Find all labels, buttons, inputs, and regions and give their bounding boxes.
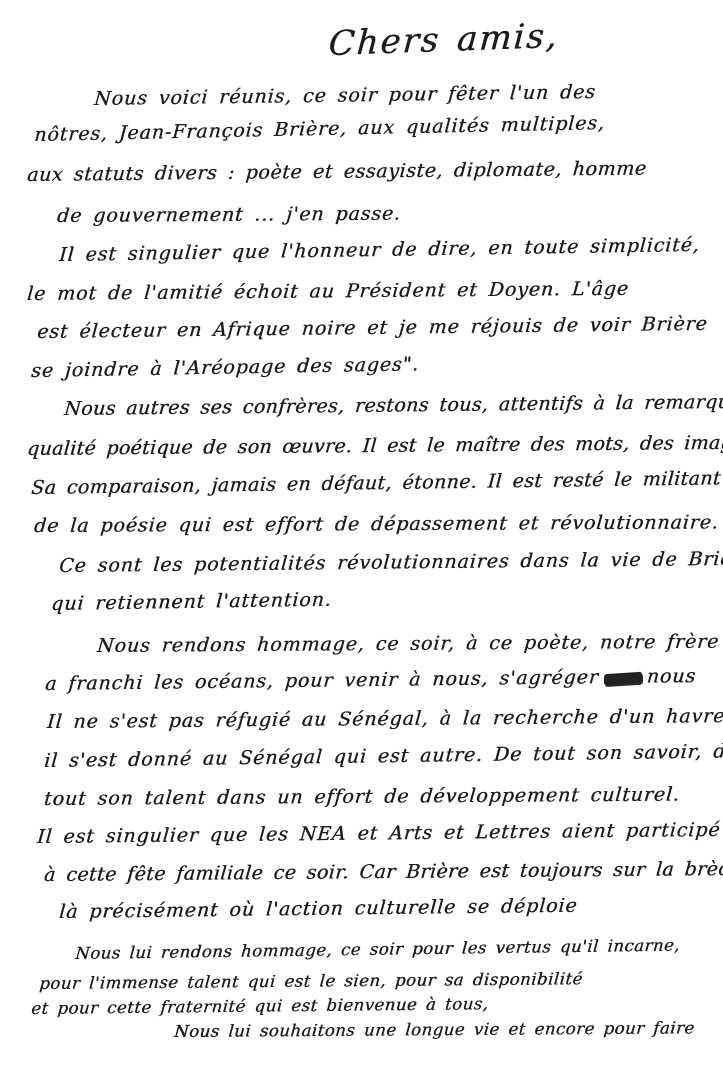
handwritten-line: Il est singulier que l'honneur de dire, … [58, 234, 700, 266]
handwritten-line: tout son talent dans un effort de dévelo… [43, 784, 681, 810]
handwritten-line: se joindre à l'Aréopage des sages". [30, 353, 419, 382]
handwritten-line: le mot de l'amitié échoit au Président e… [26, 278, 630, 305]
handwritten-line: Nous lui rendons hommage, ce soir pour l… [75, 936, 681, 963]
handwritten-line: Ce sont les potentialités révolutionnair… [58, 548, 723, 577]
handwritten-line: Il ne s'est pas réfugié au Sénégal, à la… [46, 705, 723, 733]
handwritten-line: Nous rendons hommage, ce soir, à ce poèt… [96, 630, 723, 657]
handwritten-line: Nous autres ses confrères, restons tous,… [63, 391, 723, 420]
handwritten-line: à cette fête familiale ce soir. Car Briè… [43, 858, 723, 886]
handwritten-line: Il est singulier que les NEA et Arts et … [36, 819, 721, 848]
handwritten-line: qualité poétique de son œuvre. Il est le… [26, 432, 723, 460]
handwritten-line: aux statuts divers : poète et essayiste,… [26, 158, 647, 187]
handwritten-line: Nous voici réunis, ce soir pour fêter l'… [93, 81, 596, 110]
handwritten-line: nôtres, Jean-François Brière, aux qualit… [34, 112, 606, 146]
line-text-tail: nous [646, 665, 697, 688]
handwritten-line: pour l'immense talent qui est le sien, p… [39, 969, 584, 993]
handwritten-line: qui retiennent l'attention. [50, 589, 332, 615]
scribbled-out-word [603, 672, 641, 685]
handwritten-line: est électeur en Afrique noire et je me r… [36, 313, 708, 343]
handwritten-line: Sa comparaison, jamais en défaut, étonne… [30, 467, 721, 499]
scanned-letter-page: Chers amis, Nous voici réunis, ce soir p… [0, 0, 723, 1071]
handwritten-line: Nous lui souhaitons une longue vie et en… [173, 1018, 695, 1041]
letter-salutation: Chers amis, [327, 16, 560, 64]
handwritten-line: il s'est donné au Sénégal qui est autre.… [43, 740, 723, 772]
handwritten-line: de la poésie qui est effort de dépasseme… [33, 511, 720, 537]
handwritten-line: de gouvernement ... j'en passe. [56, 203, 402, 227]
line-text: a franchi les océans, pour venir à nous,… [44, 666, 599, 695]
handwritten-line-with-scribble: a franchi les océans, pour venir à nous,… [44, 665, 697, 695]
handwritten-line: et pour cette fraternité qui est bienven… [31, 994, 490, 1018]
handwritten-line: là précisément où l'action culturelle se… [58, 895, 578, 923]
